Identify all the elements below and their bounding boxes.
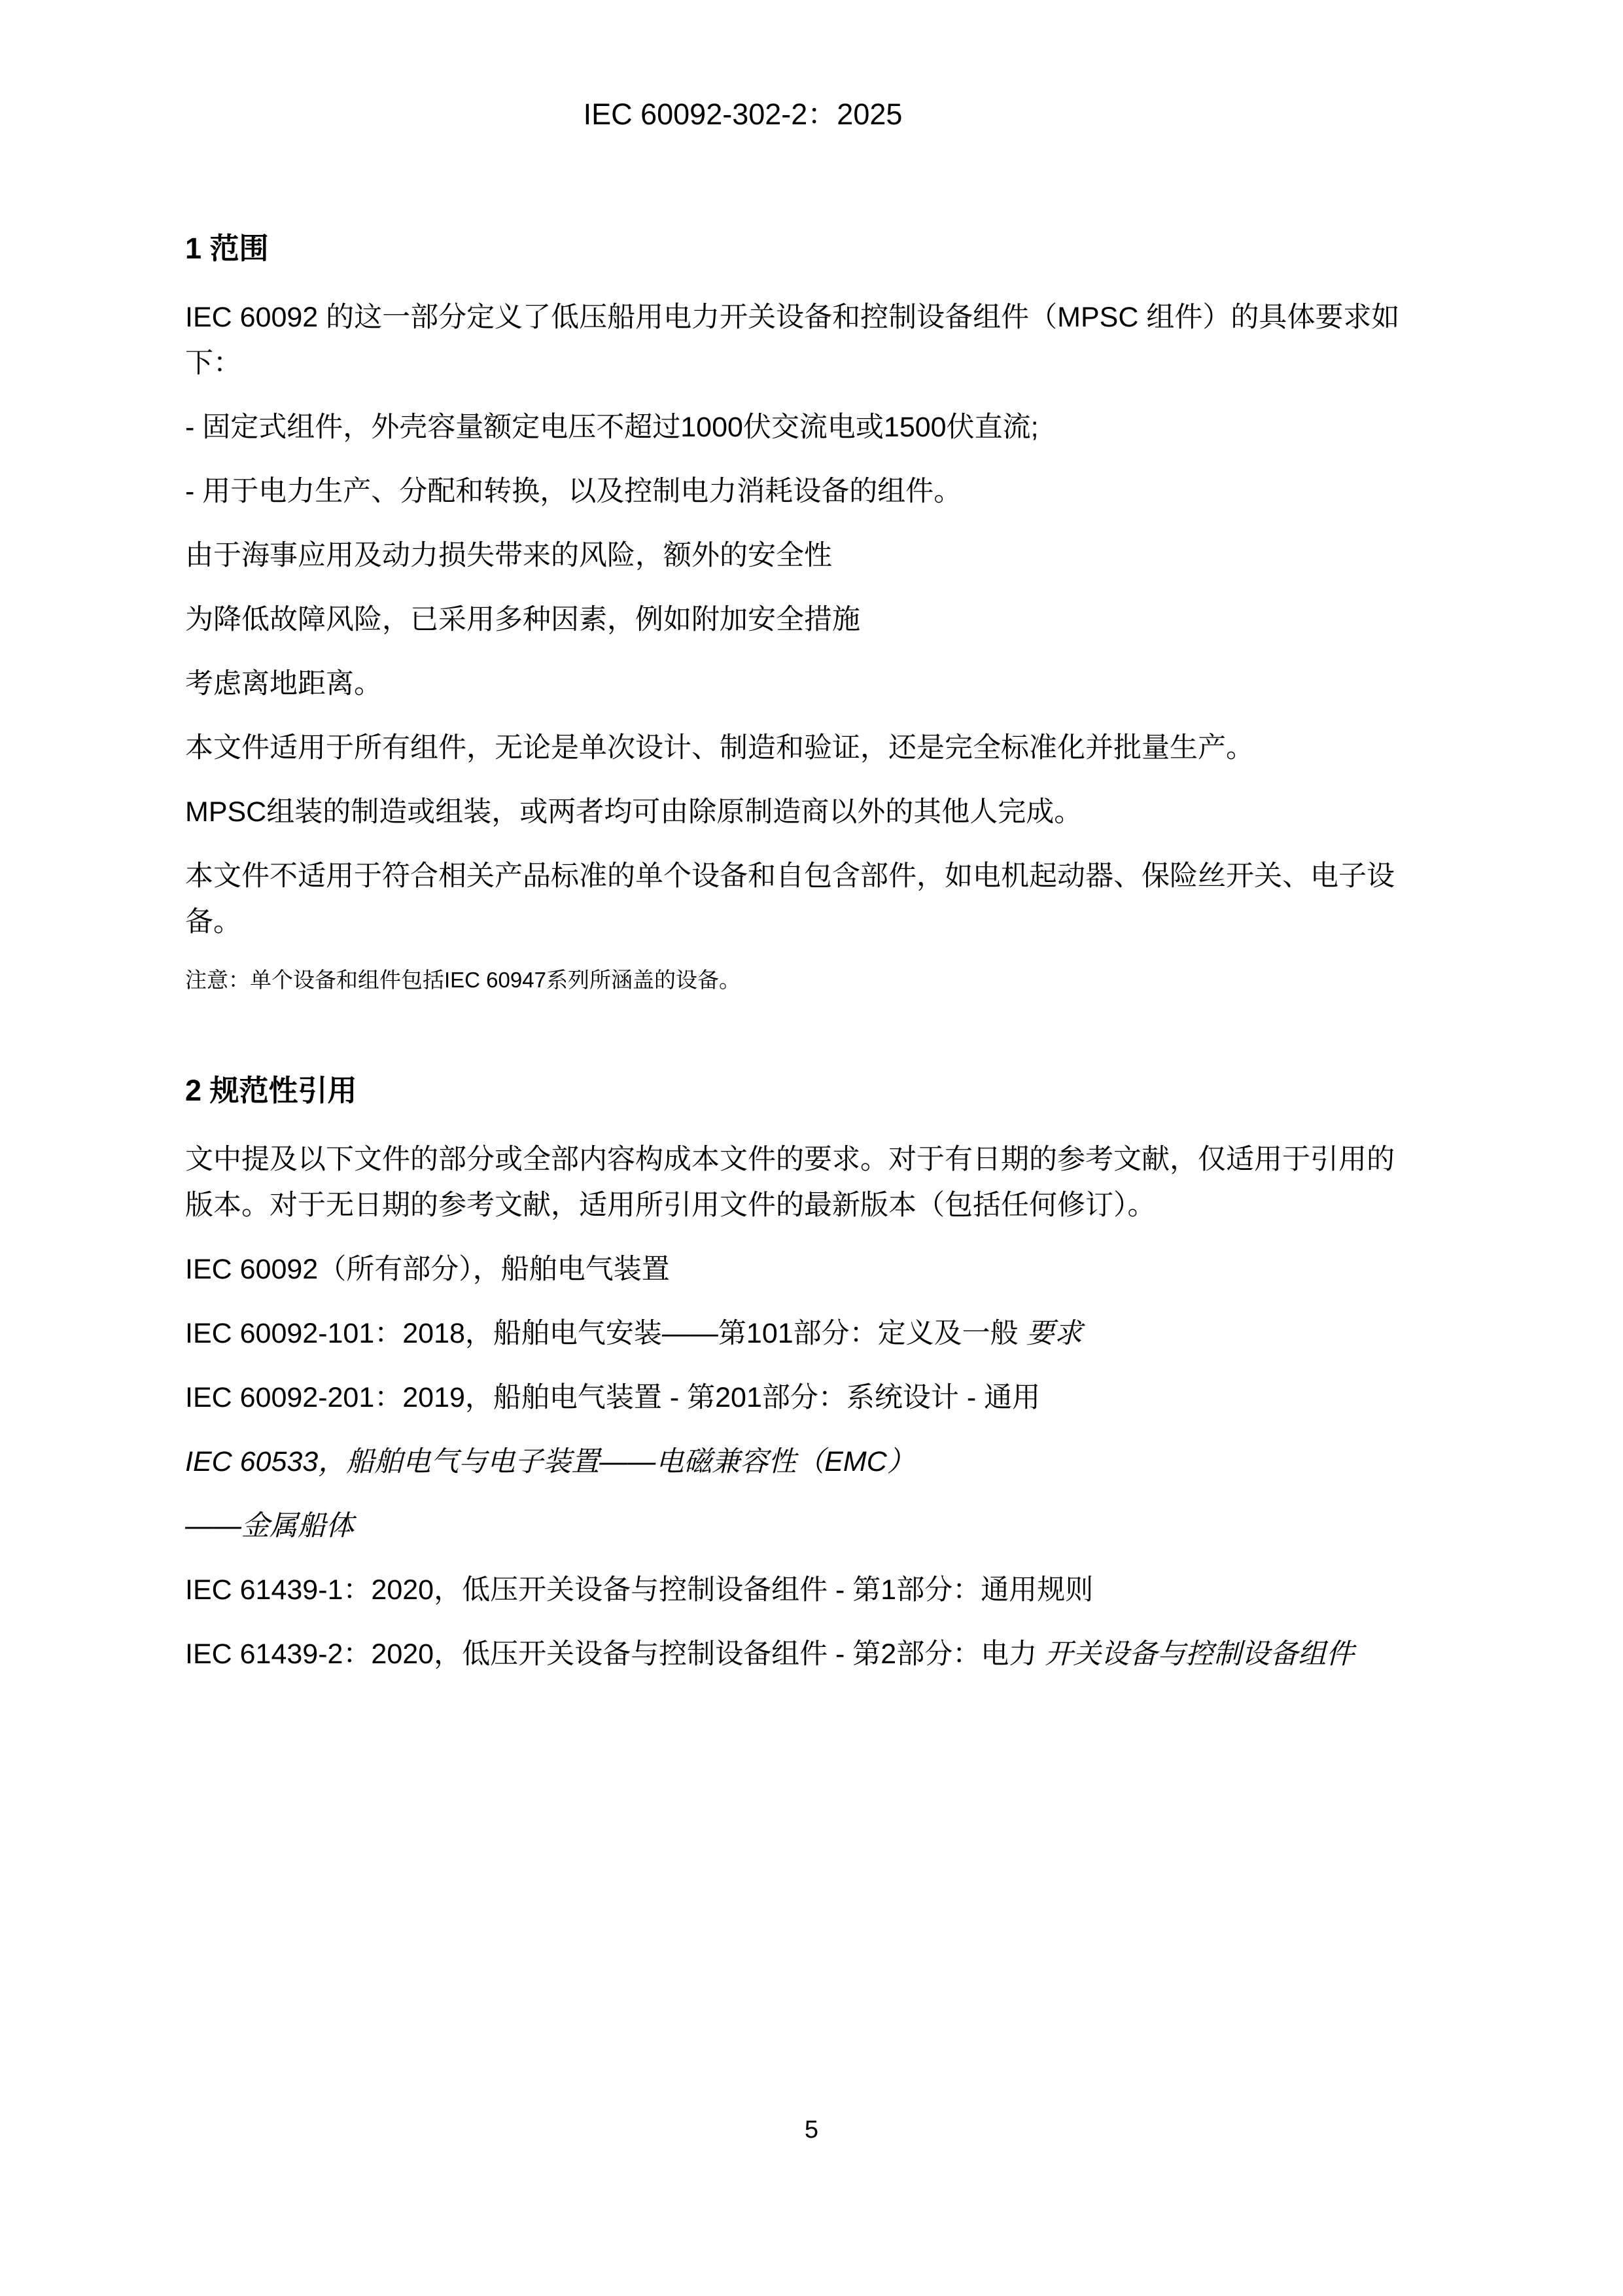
scope-intro-line-2: 下： [185, 340, 1438, 386]
reference-text: IEC 61439-2：2020，低压开关设备与控制设备组件 - 第2部分：电力 [185, 1638, 1045, 1670]
safety-line-3: 考虑离地距离。 [185, 661, 1438, 707]
page-number: 5 [0, 2115, 1623, 2145]
normative-intro-line-2: 版本。对于无日期的参考文献，适用所引用文件的最新版本（包括任何修订）。 [185, 1182, 1438, 1228]
reference-iec-60092: IEC 60092（所有部分），船舶电气装置 [185, 1246, 1438, 1292]
scope-item-fixed: - 固定式组件，外壳容量额定电压不超过1000伏交流电或1500伏直流; [185, 404, 1438, 450]
reference-iec-60092-101: IEC 60092-101：2018，船舶电气安装——第101部分：定义及一般 … [185, 1311, 1438, 1356]
scope-intro-paragraph: IEC 60092 的这一部分定义了低压船用电力开关设备和控制设备组件（MPSC… [185, 294, 1438, 386]
reference-title-italic: 开关设备与控制设备组件 [1045, 1638, 1354, 1670]
reference-iec-61439-1: IEC 61439-1：2020，低压开关设备与控制设备组件 - 第1部分：通用… [185, 1567, 1438, 1613]
safety-line-1: 由于海事应用及动力损失带来的风险，额外的安全性 [185, 533, 1438, 578]
section-normative-references: 2 规范性引用 文中提及以下文件的部分或全部内容构成本文件的要求。对于有日期的参… [185, 1068, 1438, 1677]
reference-iec-61439-2: IEC 61439-2：2020，低压开关设备与控制设备组件 - 第2部分：电力… [185, 1631, 1438, 1677]
reference-text: IEC 60092-101：2018，船舶电气安装——第101部分：定义及一般 [185, 1318, 1026, 1349]
normative-intro-paragraph: 文中提及以下文件的部分或全部内容构成本文件的要求。对于有日期的参考文献，仅适用于… [185, 1137, 1438, 1228]
section-scope: 1 范围 IEC 60092 的这一部分定义了低压船用电力开关设备和控制设备组件… [185, 226, 1438, 997]
reference-title-italic: 要求 [1026, 1318, 1083, 1349]
exclusion-line-2: 备。 [185, 899, 1438, 945]
scope-heading: 1 范围 [185, 226, 1438, 272]
doc-number-header: IEC 60092-302-2：2025 [116, 92, 1369, 137]
reference-iec-60092-201: IEC 60092-201：2019，船舶电气装置 - 第201部分：系统设计 … [185, 1375, 1438, 1421]
safety-line-2: 为降低故障风险，已采用多种因素，例如附加安全措施 [185, 597, 1438, 643]
normative-heading: 2 规范性引用 [185, 1068, 1438, 1114]
scope-intro-line-1: IEC 60092 的这一部分定义了低压船用电力开关设备和控制设备组件（MPSC… [185, 294, 1438, 340]
scope-item-power: - 用于电力生产、分配和转换，以及控制电力消耗设备的组件。 [185, 468, 1438, 514]
document-page: IEC 60092-302-2：2025 1 范围 IEC 60092 的这一部… [0, 0, 1623, 2296]
reference-iec-60533-continuation: ——金属船体 [185, 1503, 1438, 1549]
applicability-paragraph: 本文件适用于所有组件，无论是单次设计、制造和验证，还是完全标准化并批量生产。 [185, 725, 1438, 771]
reference-iec-60533: IEC 60533，船舶电气与电子装置——电磁兼容性（EMC） [185, 1439, 1438, 1485]
exclusion-line-1: 本文件不适用于符合相关产品标准的单个设备和自包含部件，如电机起动器、保险丝开关、… [185, 853, 1438, 899]
normative-intro-line-1: 文中提及以下文件的部分或全部内容构成本文件的要求。对于有日期的参考文献，仅适用于… [185, 1137, 1438, 1182]
exclusion-paragraph: 本文件不适用于符合相关产品标准的单个设备和自包含部件，如电机起动器、保险丝开关、… [185, 853, 1438, 945]
mpsc-assembly-paragraph: MPSC组装的制造或组装，或两者均可由除原制造商以外的其他人完成。 [185, 789, 1438, 835]
scope-note: 注意：单个设备和组件包括IEC 60947系列所涵盖的设备。 [185, 963, 1438, 997]
